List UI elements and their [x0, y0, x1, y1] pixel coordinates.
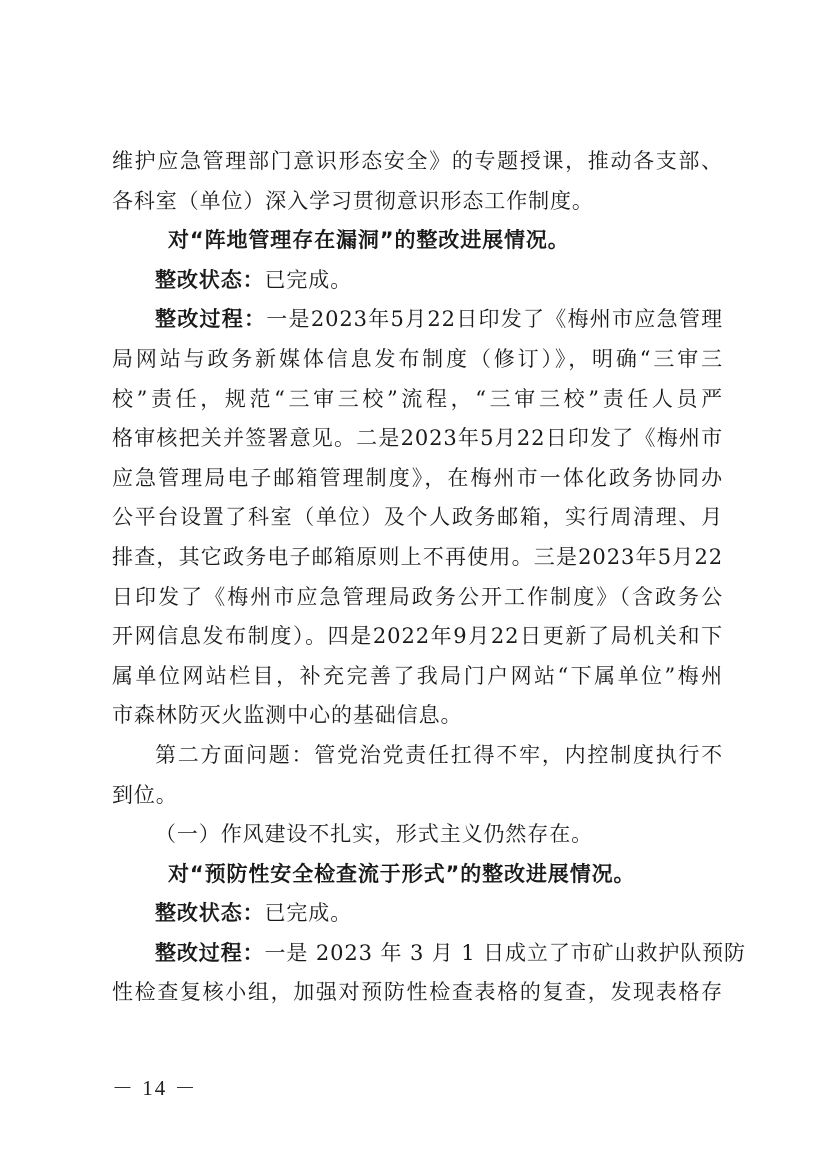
paragraph-line: 排查，其它政务电子邮箱原则上不再使用。三是2023年5月22	[112, 538, 723, 578]
paragraph-line: 公平台设置了科室（单位）及个人政务邮箱，实行周清理、月	[112, 498, 723, 538]
paragraph-line: 市森林防灭火监测中心的基础信息。	[112, 696, 723, 736]
status-value: 已完成。	[265, 901, 353, 925]
paragraph-line: 属单位网站栏目，补充完善了我局门户网站“下属单位”梅州	[112, 657, 723, 697]
process-text: 一是 2023 年 3 月 1 日成立了市矿山救护队预防	[265, 941, 746, 965]
status-label: 整改状态：	[155, 901, 265, 925]
paragraph-line: 开网信息发布制度）。四是2022年9月22日更新了局机关和下	[112, 617, 723, 657]
rectification-status: 整改状态：已完成。	[112, 894, 723, 934]
status-label: 整改状态：	[155, 268, 265, 292]
rectification-process: 整改过程：一是 2023 年 3 月 1 日成立了市矿山救护队预防	[112, 934, 723, 974]
process-label: 整改过程：	[155, 941, 265, 965]
paragraph-line: 应急管理局电子邮箱管理制度》，在梅州市一体化政务协同办	[112, 459, 723, 499]
issue-heading-second-aspect: 第二方面问题：管党治党责任扛得不牢，内控制度执行不	[112, 736, 723, 776]
paragraph-line: 格审核把关并签署意见。二是2023年5月22日印发了《梅州市	[112, 419, 723, 459]
process-label: 整改过程：	[155, 307, 266, 331]
subsection-heading: （一）作风建设不扎实，形式主义仍然存在。	[112, 815, 723, 855]
paragraph-line: 到位。	[112, 776, 723, 816]
status-value: 已完成。	[265, 268, 353, 292]
document-body: 维护应急管理部门意识形态安全》的专题授课，推动各支部、 各科室（单位）深入学习贯…	[112, 142, 723, 1013]
rectification-status: 整改状态：已完成。	[112, 261, 723, 301]
page-number: － 14 －	[112, 1072, 198, 1102]
paragraph-line: 性检查复核小组，加强对预防性检查表格的复查，发现表格存	[112, 973, 723, 1013]
paragraph-line: 各科室（单位）深入学习贯彻意识形态工作制度。	[112, 182, 723, 222]
paragraph-line: 日印发了《梅州市应急管理局政务公开工作制度》（含政务公	[112, 578, 723, 618]
paragraph-line: 维护应急管理部门意识形态安全》的专题授课，推动各支部、	[112, 142, 723, 182]
paragraph-line: 校”责任，规范“三审三校”流程，“三审三校”责任人员严	[112, 380, 723, 420]
rectification-process: 整改过程：一是2023年5月22日印发了《梅州市应急管理	[112, 300, 723, 340]
paragraph-line: 局网站与政务新媒体信息发布制度（修订）》，明确“三审三	[112, 340, 723, 380]
section-heading-position-management: 对“阵地管理存在漏洞”的整改进展情况。	[112, 221, 723, 261]
process-text: 一是2023年5月22日印发了《梅州市应急管理	[266, 307, 723, 331]
section-heading-preventive-inspection: 对“预防性安全检查流于形式”的整改进展情况。	[112, 855, 723, 895]
